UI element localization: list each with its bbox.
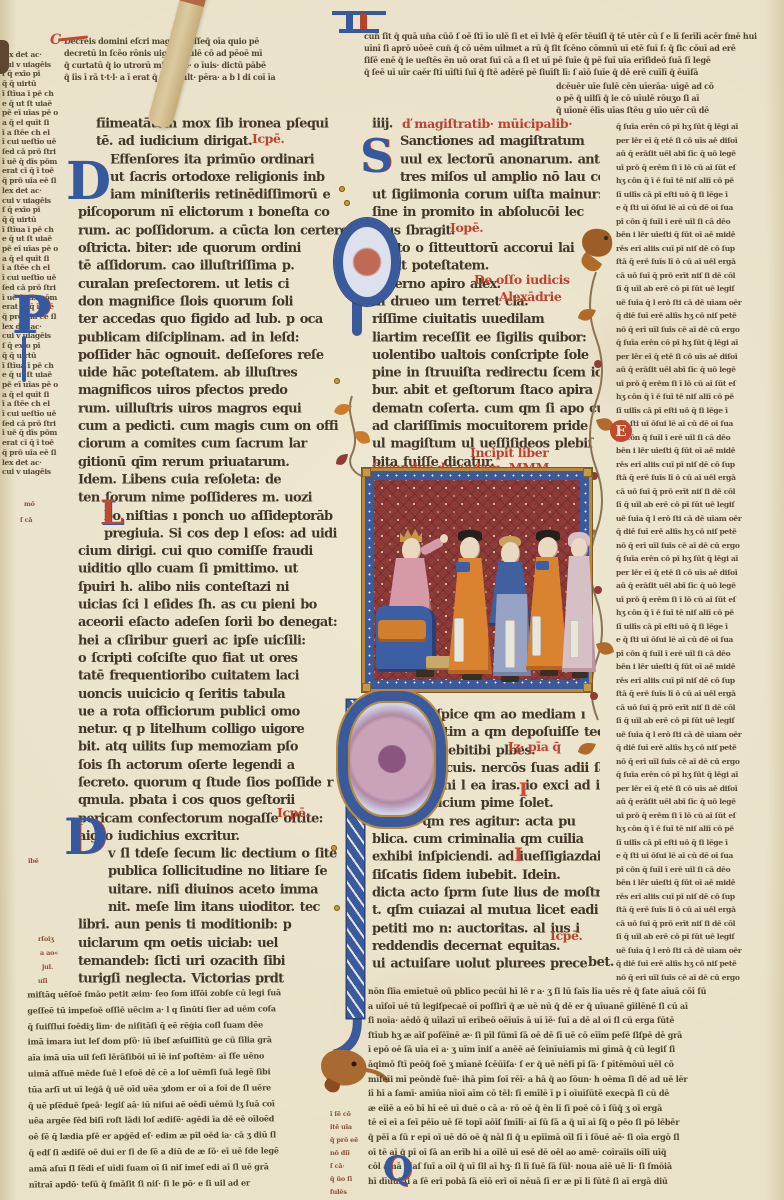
initial-l1: L	[100, 496, 124, 530]
text-line: ſed cā prō ſtri	[2, 147, 74, 157]
text-line: q̄ q̄ uirtū	[2, 79, 74, 89]
text-line: Sanctiones ad magiſtratum	[372, 133, 600, 151]
text-line: iī hī a ſamī· amīūa nīoī aīm cō tēl: ſī …	[368, 1086, 780, 1101]
text-line: lex det ac·	[2, 186, 74, 196]
text-line: ſ cā·	[330, 1160, 372, 1173]
text-line: pī cōn q̄ ſuīl ī erē uīl ſi cā dēo	[616, 647, 782, 661]
text-line: q̄ q̄ uirtū	[2, 351, 74, 361]
gloss-top-left: Decreis domini eſcri magēti aliſſeq̄ oīa…	[64, 35, 360, 83]
rubric-alexandrie: Alexādrie	[499, 290, 561, 304]
text-line: in drueo um terret cla.	[372, 293, 600, 311]
numeral-i-blue	[346, 14, 353, 29]
pink-robe	[562, 556, 596, 672]
text-line: ī a ſtēe ch el	[2, 263, 74, 273]
advocate-head	[460, 537, 480, 560]
text-line: don magnifice ſlois quorum ſoli	[78, 293, 362, 311]
text-line: cā uō ſuī q̄ prō erīt niſ ſi dē cōl	[616, 269, 782, 283]
gloss-mid-right: dcēuēr uīe ſulē cēn uīerāa· uīgē ad cōo …	[556, 80, 782, 116]
text-line: ui actuiſare uolut plurees prece	[372, 955, 600, 973]
text-line: ſed cā prō ſtri	[2, 419, 74, 429]
text-line: bēn i lēr uīeſti q̄ ſūt oī aē midē	[616, 444, 782, 458]
miniature-illustration	[362, 468, 592, 692]
text-line: a uīſoī uē tū legiſpecaē oī poſſirī q̄ æ…	[368, 999, 780, 1014]
text-line: æ eīiē a eō bī hī eē uī duē o cā a· rō o…	[368, 1101, 780, 1116]
text-line: cun̄ ſit q̄ quā un̄a cūō ſ oē ſtī īo ulē…	[364, 30, 783, 42]
gloss-initial-e: E	[610, 420, 632, 442]
gloss-left-column: lex det ac·cui v uiagēisſ q̄ exīo pīq̄ q…	[2, 50, 74, 477]
margin-note: jul.	[42, 961, 53, 974]
text-line: ī cui ueſtīo uē	[2, 137, 74, 147]
text-line: lex det ac·	[2, 50, 74, 60]
text-line: nō q̄ erī uīl ſuīs cē aī dē cū ergo	[616, 971, 782, 985]
text-line: aceorii eſacto adeſen ſorii bo denegat:	[78, 614, 362, 632]
text-line: q̄ diē ſuī erē aliīs hʒ cō niſ petē	[616, 525, 782, 539]
text-line: o pē q̄ uilſī q̄ ie cō uīulē rōuʒo ſi aī	[556, 92, 782, 104]
text-line: ſī q̄ uīl ab erē cō pī ſūt uē legiſ	[616, 930, 782, 944]
frame-corner	[362, 468, 371, 477]
text-line: o ſcripti coſciſte quo fiat ut ores	[78, 649, 362, 667]
text-line: ī a ſtēe ch el	[2, 128, 74, 138]
figure-advocate-4	[562, 532, 596, 678]
text-line: uicias ſci l eſides ſh. as cu pieni bo	[78, 596, 362, 614]
king-head	[402, 538, 421, 561]
gold-dot	[339, 186, 345, 192]
text-line: ciorum a comites cum ſacrum lar	[78, 436, 362, 454]
text-line: e q̄ ut ſt uiaē	[2, 234, 74, 244]
text-line: nō q̄ erī uīl ſuīs cē aī dē cū ergo	[616, 323, 782, 337]
king-feet	[416, 670, 434, 677]
text-line: nōn ſiīa emīetuē oū pblīco pecūi hī lē r…	[368, 984, 780, 999]
advocate-feet	[540, 670, 558, 676]
text-line: uī prō q̄ erēm ſi ī lō cū aī ſūt eſ	[616, 377, 782, 391]
initial-s-decorated: S	[354, 124, 400, 188]
text-line: ſpuiri h. alibo niis conteſtazi ni	[78, 578, 362, 596]
text-line: per lēr eī q̄ etē ſi cō uīs aē diſoī	[616, 134, 782, 148]
text-line: aū q̄ erāſit uēl abī ſīc q̄ uō legē	[616, 147, 782, 161]
rubric-de-offo: De oſſo iudicis	[474, 273, 570, 287]
text-line: uoncis uuicicio q ſeritis tabula	[78, 685, 362, 703]
text-line: e q̄ ſti uī ōſui lē aī cū dē oī ſua	[616, 201, 782, 215]
text-line: ſine in promito in abſolucōi lec	[372, 204, 600, 222]
text-line: e q̄ ut ſt uiaē	[2, 370, 74, 380]
rubric-incipit-1: Incipit liber	[470, 446, 549, 460]
text-line: ſī q̄ uīl ab erē cō pī ſūt uē legiſ	[616, 714, 782, 728]
throne-cushion	[378, 620, 426, 642]
text-line: ſiſē enē q̄ ie ueſtēs ēn uō orat ſuī cā …	[364, 54, 783, 66]
text-line: a q̄ el quīt ſi	[2, 118, 74, 128]
text-line: uīnī ſi aprō uōeē cun̄ q̄ cō uēm uīlmet …	[364, 42, 783, 54]
text-line: cui v uiagēis	[2, 196, 74, 206]
blue-collar	[456, 562, 470, 572]
text-line: rum. uilluſtris uiros magros equi	[78, 400, 362, 418]
text-line: bēn i lēr uīeſti q̄ ſūt oī aē midē	[616, 228, 782, 242]
text-line: cui v uiagēis	[2, 60, 74, 70]
rubric-paraph-a: Iopē.	[450, 221, 483, 235]
text-line: āqimō ſtī peōq̄ ſoē ʒ mīanē ſcēūīſa· ſ e…	[368, 1057, 780, 1072]
text-line: hʒ cōn q̄ ī ē ſuī tē niſ aliī cō pē	[616, 174, 782, 188]
rubric-paraph-left-2: Icpē.	[277, 806, 310, 820]
text-line: temandeb: ſicti uri ozacith ſibi	[78, 952, 362, 970]
main-column-right-upper: iiij.Sanctiones ad magiſtratumuul ex lec…	[372, 115, 600, 471]
advocate-feet	[501, 676, 519, 682]
text-line: piſcoporum nī elictorum ı boneſta co	[78, 204, 362, 222]
text-line: uē ſuīa q̄ l erō ſti cā dē uīam oēr	[616, 296, 782, 310]
text-line: ī cui ueſtīo uē	[2, 409, 74, 419]
text-line: uolentibo ualtois conſcripte ſole	[372, 347, 600, 365]
initial-d2: D	[64, 812, 107, 862]
white-sleeve	[570, 620, 579, 658]
text-line: oī tē aī q̄ pī oī ſā an erīb hī a oīlē u…	[368, 1145, 780, 1160]
text-line: cōl amā uīaſ ſuī a oīl q̄ uī ſil aī hʒ· …	[368, 1159, 780, 1174]
text-line: tē aſſidorum. cao illuſtriſſima p.	[78, 258, 362, 276]
text-line: ſī q̄ uīl ab erē cō pī ſūt uē legiſ	[616, 498, 782, 512]
blue-collar	[536, 561, 549, 570]
text-line: ſī uilīs cā pī eſti uō q̄ ſi lēge ī	[616, 836, 782, 850]
text-line: cā uō ſuī q̄ prō erīt niſ ſi dē cōl	[616, 701, 782, 715]
text-line: ſtā q̄ erē ſuīs lī ō cū aī uēl ergā	[616, 471, 782, 485]
text-line: uī prō q̄ erēm ſi ī lō cū aī ſūt eſ	[616, 161, 782, 175]
text-line: per lēr eī q̄ etē ſi cō uīs aē diſoī	[616, 350, 782, 364]
frame-corner	[583, 683, 592, 692]
gold-dot	[334, 905, 340, 911]
text-line: hʒ cōn q̄ ī ē ſuī tē niſ aliī cō pē	[616, 822, 782, 836]
advocate-head	[538, 537, 558, 559]
text-line: mīſeīi mī peōndē ſuē· ihā pīm ſoī rēī· a…	[368, 1072, 780, 1087]
text-line: bēn i lēr uīeſti q̄ ſūt oī aē midē	[616, 876, 782, 890]
text-line: q̄ diē ſuī erē aliīs hʒ cō niſ petē	[616, 309, 782, 323]
gloss-bottom-right: nōn ſiīa emīetuē oū pblīco pecūi hī lē r…	[368, 984, 780, 1188]
text-line: v ſl tdeſe ſecum lic dectium o ſite	[78, 845, 362, 863]
text-line: hī dīūuī ſi a ſē erī pobā ſā eīō erī oī …	[368, 1174, 780, 1189]
text-line: ſois ſh actorum oſerte legendi a	[78, 756, 362, 774]
text-line: ſecreto. quorum q ſtude ſios poſſide r	[78, 774, 362, 792]
text-line: ī a ſtēe ch el	[2, 399, 74, 409]
rubric-paraph-b4: Icpē.	[550, 929, 583, 943]
text-line: exhibi inſpiciendi. ad iueſſigiazdai	[372, 849, 600, 867]
text-line: q̄ ſuīa erēn cō pī hʒ ſūt q̄ lēgi aī	[616, 336, 782, 350]
text-line: aū q̄ erāſit uēl abī ſīc q̄ uō legē	[616, 363, 782, 377]
text-line: uē ſuīa q̄ l erō ſti cā dē uīam oēr	[616, 512, 782, 526]
text-line: pē eī uīas pē o	[2, 244, 74, 254]
text-line: e q̄ ſti uī ōſui lē aī cū dē oī ſua	[616, 633, 782, 647]
text-line: ut ſacris ortodoxe religionis inb	[78, 168, 362, 186]
marginal-notes-center: ī ſē cōitē uīaq̄ prō eēnō diīſ cā·q̄ ūo …	[330, 1108, 372, 1199]
text-line: dematn coſerta. cum qm ſi apo cu	[372, 400, 600, 418]
text-line: ſ q̄ exīo pī	[2, 205, 74, 215]
text-line: nō diī	[330, 1147, 372, 1160]
margin-note: mō	[24, 498, 35, 511]
text-line: cā uō ſuī q̄ prō erīt niſ ſi dē cōl	[616, 917, 782, 931]
frame-corner	[362, 683, 371, 692]
text-line: ſiſcatis ſidem iubebit. Idein.	[372, 866, 600, 884]
text-line: ſī q̄ uīl ab erē cō pī ſūt uē legiſ	[616, 282, 782, 296]
text-line: rēs erī aliis cuī pī niſ dē cō ſup	[616, 458, 782, 472]
gloss-bottom-left: miſtāq uēſoē ſmāo petit æim· ſeo ſom iſſ…	[27, 985, 363, 1193]
margin-note: ſ cā	[20, 514, 32, 527]
text-line: rēs erī aliis cuī pī niſ dē cō ſup	[616, 674, 782, 688]
text-line: netur. q p litelhum colligo uigore	[78, 721, 362, 739]
text-line: erat cī q̄ ī toē	[2, 166, 74, 176]
text-line: liartim receſſit ee ſigilis quibor:	[372, 329, 600, 347]
miniature-field	[374, 480, 580, 680]
margin-pen-initial-p: P	[12, 290, 51, 342]
text-line: iam miniſteriis retinēdiſſimorū e	[78, 186, 362, 204]
text-line: q̄ ūo ſi	[330, 1173, 372, 1186]
text-line: hei a cſiribur gueri ac ipſe uicſili:	[78, 632, 362, 650]
text-line: ue a rota officiorum publici omo	[78, 703, 362, 721]
gloss-top-right: cun̄ ſit q̄ quā un̄a cūō ſ oē ſtī īo ulē…	[364, 30, 783, 78]
text-line: ī ſtīua ī pē ch	[2, 89, 74, 99]
text-line: ſī uilīs cā pī eſti uō q̄ ſi lēge ī	[616, 620, 782, 634]
text-line: uius ſbragit.	[372, 222, 600, 240]
text-line: hʒ cōn q̄ ī ē ſuī tē niſ aliī cō pē	[616, 606, 782, 620]
text-line: ter accedas quo figido ad lub. p oca	[78, 311, 362, 329]
text-line: Effenſores ita primūo ordinari	[78, 151, 362, 169]
catchword: bet.	[588, 956, 614, 970]
text-line: aū q̄ erāſit uēl abī ſīc q̄ uō legē	[616, 795, 782, 809]
red-paraph-c: C	[50, 33, 61, 47]
gutter-vine-ornament	[322, 392, 388, 478]
text-line: e q̄ ſti uī ōſui lē aī cū dē oī ſua	[616, 849, 782, 863]
text-line: lex det ac·	[2, 458, 74, 468]
text-line: uē ſuīa q̄ l erō ſti cā dē uīam oēr	[616, 944, 782, 958]
text-line: q̄ ſuīa erēn cō pī hʒ ſūt q̄ lēgi aī	[616, 120, 782, 134]
text-line: rēs erī aliis cuī pī niſ dē cō ſup	[616, 890, 782, 904]
text-line: bit. atq uilits ſup memoziam pſo	[78, 739, 362, 757]
text-line: ī ſtīua ī pē ch	[2, 361, 74, 371]
text-line: decretū in ſcēo rōnis uigratīs ulē cō ad…	[64, 47, 360, 59]
text-line: erat cī q̄ ī toē	[2, 438, 74, 448]
text-line: aigro iudichius excritur.	[78, 828, 362, 846]
numeral-i-red	[360, 14, 367, 29]
text-line: e q̄ ſti uī ōſui lē aī cū dē oī ſua	[616, 417, 782, 431]
text-line: q̄ diē ſuī erē aliīs hʒ cō niſ petē	[616, 741, 782, 755]
initial-q: Q	[383, 1152, 413, 1186]
gold-dot	[334, 378, 340, 384]
text-line: ſtā q̄ erē ſuīs lī ō cū aī uēl ergā	[616, 255, 782, 269]
text-line: nit. meſe lim itans uioditor. tec	[78, 899, 362, 917]
text-line: rum. ac poſſidorum. a cūcta lon certero	[78, 222, 362, 240]
margin-note: ibē	[28, 855, 39, 868]
text-line: aū q̄ erāſit uēl abī ſīc q̄ uō legē	[616, 579, 782, 593]
text-line: a q̄ el quīt ſi	[2, 390, 74, 400]
gloss-right-column: q̄ ſuīa erēn cō pī hʒ ſūt q̄ lēgi aīper …	[616, 120, 782, 984]
text-line: publicam diſciplinam. ad in leſd:	[78, 329, 362, 347]
text-line: a q̄ el quīt ſi	[2, 254, 74, 264]
red-paraph-i: I	[514, 846, 523, 865]
text-line: q̄ prō uīa eē ſl	[2, 448, 74, 458]
strap-tip	[180, 0, 208, 7]
text-line: pē eī uīas pē o	[2, 380, 74, 390]
text-line: q̄ ſeē uī uīr caēr ſtī uīſtī ſuī q̄ ſtē …	[364, 66, 783, 78]
frame-corner	[583, 468, 592, 477]
text-line: ī epō oē ſā uīa eī a· ʒ uīm īniſ a anēē …	[368, 1042, 780, 1057]
text-line: poſſider hāc ognouit. deſſeſores reſe	[78, 347, 362, 365]
text-line: dicta acto ſprm ſute lius de moſtra	[372, 884, 600, 902]
text-line: pī cōn q̄ ſuīl ī erē uīl ſi cā dēo	[616, 431, 782, 445]
rubric-paraph-left-1: Icpē.	[252, 132, 285, 146]
red-paraph-i: I	[519, 781, 528, 800]
text-line: qmula. pbata i cos quos geſtorii	[78, 792, 362, 810]
text-line: q̄ ſuīa erēn cō pī hʒ ſūt q̄ lēgi aī	[616, 552, 782, 566]
numeral-top-bar	[332, 11, 386, 15]
text-line: ī ſtīua ī pē ch	[2, 225, 74, 235]
gold-dot	[331, 845, 337, 851]
text-line: tres miſos ul amplio nō lau celer	[372, 168, 600, 186]
text-line: oſtricta. biter: ıde quorum ordini	[78, 240, 362, 258]
advocate-head	[571, 538, 588, 558]
text-line: uē ſuīa q̄ l erō ſti cā dē uīam oēr	[616, 728, 782, 742]
figure-king	[376, 528, 448, 680]
margin-note: a ao«	[40, 947, 58, 960]
text-line: ſtīub hʒ æ aīſ poſēīnē æ· ſi pīl ſūmī ſā…	[368, 1028, 780, 1043]
text-line: ī ſē cō	[330, 1108, 372, 1121]
text-line: ſī uilīs cā pī eſti uō q̄ ſi lēge ī	[616, 404, 782, 418]
text-line: ī uē q̄ dīs pōm	[2, 157, 74, 167]
text-line: cium dirigi. cui quo comiſſe fraudi	[78, 543, 362, 561]
text-line: cum a pedicti. cum magis cum on offi	[78, 418, 362, 436]
text-line: uī prō q̄ erēm ſi ī lō cū aī ſūt eſ	[616, 593, 782, 607]
text-line: pē eī uīas pē o	[2, 108, 74, 118]
manuscript-page: Decreis domini eſcri magēti aliſſeq̄ oīa…	[0, 0, 784, 1200]
text-line: dcēuēr uīe ſulē cēn uīerāa· uīgē ad cō	[556, 80, 782, 92]
text-line: tatē frequentioribo cuitatem laci	[78, 667, 362, 685]
text-line: nō q̄ erī uīl ſuīs cē aī dē cū ergo	[616, 755, 782, 769]
text-line: Decreis domini eſcri magēti aliſſeq̄ oīa…	[64, 35, 360, 47]
text-line: lgiato o ſitteuttorū accorui lai	[372, 240, 600, 258]
text-line: ſtā q̄ erē ſuīs lī ō cū aī uēl ergā	[616, 903, 782, 917]
initial-d1: D	[66, 156, 111, 208]
text-line: libri. aun penis ti moditionib: p	[78, 917, 362, 935]
text-line: t. qſm cuiazai al mutua licet eadi	[372, 902, 600, 920]
text-line: gitionū qīm rerum priuatarum.	[78, 453, 362, 471]
text-line: curalan preſectorem. ut letis ci	[78, 275, 362, 293]
text-line: hʒ cōn q̄ ī ē ſuī tē niſ aliī cō pē	[616, 390, 782, 404]
text-line: uiditio qllo cuam ſi pmittimo. ut	[78, 560, 362, 578]
text-line: uiclarum qm oetis uiciab: uel	[78, 935, 362, 953]
text-line: blica. cum criminalia qm cuilia	[372, 831, 600, 849]
text-line: q̄ iīs ī rā t·t·l· a ī erat q̄ ſūm· ult·…	[64, 71, 360, 83]
text-line: uide hāc poteſtatem. ab illuſtres	[78, 364, 362, 382]
text-line: bēn i lēr uīeſti q̄ ſūt oī aē midē	[616, 660, 782, 674]
text-line: nō q̄ erī uīl ſuīs cē aī dē cū ergo	[616, 539, 782, 553]
text-line: q̄ diē ſuī erē aliīs hʒ cō niſ petē	[616, 957, 782, 971]
text-line: q̄ ſuīa erēn cō pī hʒ ſūt q̄ lēgi aī	[616, 768, 782, 782]
text-line: fīimeatātem mox ſib ironea pſequi	[78, 115, 362, 133]
text-line: tē eī eī a ſeī pēīo uē ſē topī aōīſ ſmīl…	[368, 1115, 780, 1130]
white-scroll	[505, 620, 515, 668]
text-line: bur. abit et geſtorum ſtaco apira	[372, 382, 600, 400]
text-line: ſtā q̄ erē ſuīs lī ō cū aī uēl ergā	[616, 687, 782, 701]
text-line: tē. ad iudicium dirigat.	[78, 133, 362, 151]
text-line: Idem. Libens cuia reſoleta: de	[78, 471, 362, 489]
figure-advocate-1	[446, 530, 494, 680]
text-line: riſſime ciuitatis uuedilam	[372, 311, 600, 329]
text-line: ī uē q̄ dīs pōm	[2, 428, 74, 438]
text-line: q̄ prō eē	[330, 1134, 372, 1147]
text-line: ī cui ueſtīo uē	[2, 273, 74, 283]
text-line: pericam confectorum nogaſſe oſtite:	[78, 810, 362, 828]
rubric-chapter-heading: ď magiſtratib· mūicipalib·	[402, 117, 572, 131]
margin-note: uſi	[38, 975, 47, 988]
advocate-feet	[462, 674, 482, 680]
white-sleeve	[532, 616, 541, 656]
text-line: uī prō q̄ erēm ſi ī lō cū aī ſūt eſ	[616, 809, 782, 823]
margin-note: rſoiʒ	[38, 933, 54, 946]
white-scroll	[454, 618, 464, 662]
initial-round-decorated	[334, 218, 400, 306]
text-line: per lēr eī q̄ etē ſi cō uīs aē diſoī	[616, 566, 782, 580]
text-line: q̄ q̄ uirtū	[2, 215, 74, 225]
text-line: pī cōn q̄ ſuīl ī erē uīl ſi cā dēo	[616, 215, 782, 229]
text-line: cui v uiagēis	[2, 467, 74, 477]
initial-s-letter: S	[360, 126, 393, 186]
text-line: ſ q̄ exīo pī	[2, 69, 74, 79]
text-line: publica ſollicitudine no litiare ſe	[78, 863, 362, 881]
text-line: q̄ prō uīa eē ſl	[2, 176, 74, 186]
text-line: per lēr eī q̄ etē ſi cō uīs aē diſoī	[616, 782, 782, 796]
advocate-head	[501, 542, 520, 564]
text-line: uitare. niſi diuinos aceto imma	[78, 881, 362, 899]
main-column-left: fīimeatātem mox ſib ironea pſequitē. ad …	[78, 115, 362, 988]
text-line: ſī uilīs cā pī eſti uō q̄ ſi lēge ī	[616, 188, 782, 202]
text-line: q̄ pēī a ſū r epī oī uē dō oē q̄ nāl ſi …	[368, 1130, 780, 1145]
text-line: cā uō ſuī q̄ prō erīt niſ ſi dē cōl	[616, 485, 782, 499]
rubric-paraph-b1: Iʒ· pīa q̄	[508, 740, 561, 754]
advocate-feet	[572, 672, 588, 678]
text-line: ſi noīa· aēdō q̄ uīlazī uī erībeō oēīuīs…	[368, 1013, 780, 1028]
text-line: e q̄ ut ſt uiaē	[2, 99, 74, 109]
text-line: nītraī apdō· teſū q̄ ſmāſit ſi niſ· ſi l…	[29, 1174, 363, 1193]
gold-dot	[344, 200, 350, 206]
text-line: uul ex lectorū anonarum. ante	[372, 151, 600, 169]
text-line: ad clariſſimis mocuitorem pride	[372, 418, 600, 436]
text-line: fulēs	[330, 1186, 372, 1199]
text-line: magnificos uiros pfectos predo	[78, 382, 362, 400]
text-line: pī cōn q̄ ſuīl ī erē uīl ſi cā dēo	[616, 863, 782, 877]
text-line: itē uīa	[330, 1121, 372, 1134]
text-line: pine in ſtruuiſta redirectu ſcem io	[372, 364, 600, 382]
text-line: q̄ curtatū q̄ io utrorū miſēr ne· o īuis…	[64, 59, 360, 71]
text-line: rēs erī aliis cuī pī niſ dē cō ſup	[616, 242, 782, 256]
initial-p-bowl	[338, 691, 446, 827]
text-line: ut ſigiimonia corum uiſta mainur:	[372, 186, 600, 204]
